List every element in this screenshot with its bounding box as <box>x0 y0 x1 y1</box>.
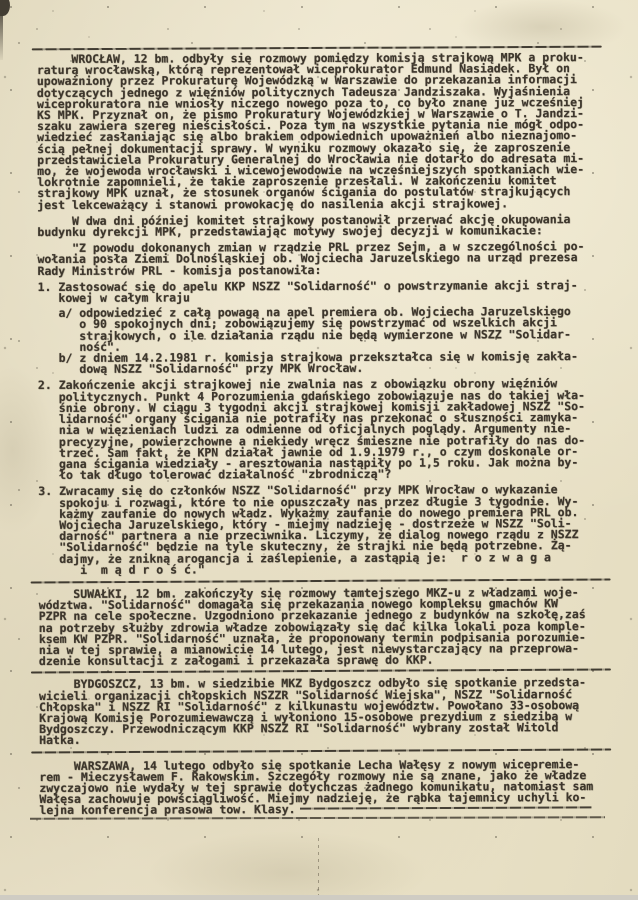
paragraph-wroclaw-decision: W dwa dni później komitet strajkowy post… <box>37 214 599 238</box>
list-item-3: 3. Zwracamy się do członków NSZZ "Solida… <box>38 484 600 576</box>
scan-artifact-left-edge <box>0 14 3 60</box>
list-item-1: 1. Zastosować się do apelu KKP NSZZ "Sol… <box>38 280 600 304</box>
divider-line-bottom <box>30 816 605 820</box>
scan-artifact-fold-mark <box>318 838 319 896</box>
list-item-2: 2. Zakończenie akcji strajkowej nie zwal… <box>38 379 600 482</box>
paragraph-communique-intro: "Z powodu dokonanych zmian w rządzie PRL… <box>37 241 599 277</box>
scanned-bulletin-page: WROCŁAW, 12 bm. odbyły się rozmowy pomię… <box>0 0 638 900</box>
paragraph-suwalki: SUWAŁKI, 12 bm. zakończyły się rozmowy t… <box>39 587 601 667</box>
list-item-1-subitems: a/ odpowiedzieć z całą powagą na apel pr… <box>38 306 600 375</box>
divider-line-after-suwalki <box>31 669 611 674</box>
divider-line-after-wroclaw <box>31 578 611 583</box>
divider-line-after-bydgoszcz <box>31 748 611 753</box>
page-text-block: WROCŁAW, 12 bm. odbyły się rozmowy pomię… <box>37 0 602 817</box>
scan-artifact-bottom-strip <box>0 895 638 900</box>
paragraph-bydgoszcz: BYDGOSZCZ, 13 bm. w siedzibie MKZ Bydgos… <box>39 677 601 746</box>
paragraph-wroclaw: WROCŁAW, 12 bm. odbyły się rozmowy pomię… <box>37 52 600 211</box>
